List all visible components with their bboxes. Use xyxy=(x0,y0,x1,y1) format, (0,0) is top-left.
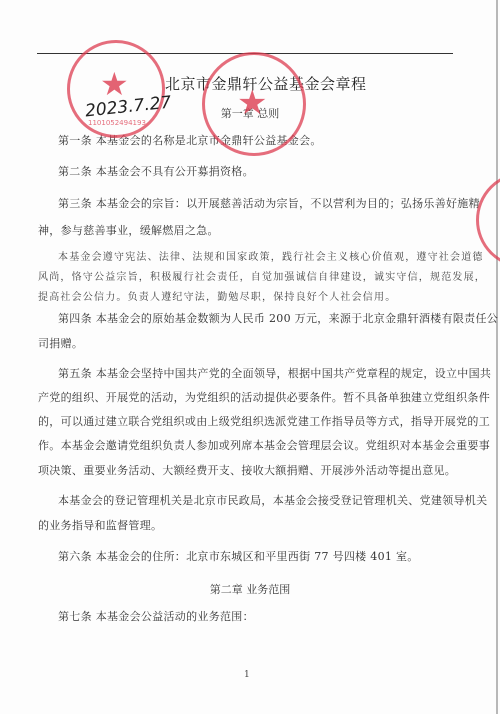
chapter-heading-1: 第一章 总则 xyxy=(0,105,500,121)
article-5-line-2: 产党的组织、开展党的活动，为党组织的活动提供必要条件。暂不具备单独建立党组织条件 xyxy=(38,389,490,405)
article-2: 第二条 本基金会不具有公开募捐资格。 xyxy=(58,163,254,179)
article-5-line-4: 作。本基金会邀请党组织负责人参加或列席本基金会管理层会议。党组织对本基金会重要事 xyxy=(38,437,490,453)
article-5-line-5: 项决策、重要业务活动、大额经费开支、接收大额捐赠、开展涉外活动等提出意见。 xyxy=(38,462,456,478)
chapter-heading-2: 第二章 业务范围 xyxy=(0,581,500,597)
article-4-line-2: 司捐赠。 xyxy=(38,335,83,351)
document-page: 北京市金鼎轩公益基金会章程 第一章 总则 第一条 本基金会的名称是北京市金鼎轩公… xyxy=(0,0,500,714)
article-1: 第一条 本基金会的名称是北京市金鼎轩公益基金会。 xyxy=(58,132,322,148)
article-6: 第六条 本基金会的住所：北京市东城区和平里西街 77 号四楼 401 室。 xyxy=(58,548,419,564)
article-3b-line-1: 本基金会遵守宪法、法律、法规和国家政策，践行社会主义核心价值观，遵守社会道德 xyxy=(58,248,484,263)
header-rule xyxy=(37,53,453,54)
article-3b-line-3: 提高社会公信力。负责人遵纪守法，勤勉尽职，保持良好个人社会信用。 xyxy=(38,288,396,303)
document-title: 北京市金鼎轩公益基金会章程 xyxy=(165,73,367,94)
page-number: 1 xyxy=(244,670,250,680)
article-3b-line-2: 风尚，恪守公益宗旨，积极履行社会责任，自觉加强诚信自律建设，诚实守信，规范发展， xyxy=(38,268,486,283)
article-5b-line-1: 本基金会的登记管理机关是北京市民政局，本基金会接受登记管理机关、党建领导机关 xyxy=(58,492,487,508)
article-3-line-1: 第三条 本基金会的宗旨：以开展慈善活动为宗旨，不以营利为目的；弘扬乐善好施精 xyxy=(58,195,480,211)
article-5-line-3: 的，可以通过建立联合党组织或由上级党组织选派党建工作指导员等方式，指导开展党的工 xyxy=(38,413,490,429)
article-5-line-1: 第五条 本基金会坚持中国共产党的全面领导，根据中国共产党章程的规定，设立中国共 xyxy=(58,365,491,381)
official-seal-management-center: ★ 1101052494193 xyxy=(67,40,165,138)
article-4-line-1: 第四条 本基金会的原始基金数额为人民币 200 万元，来源于北京金鼎轩酒楼有限责… xyxy=(58,310,498,326)
article-7: 第七条 本基金会公益活动的业务范围： xyxy=(58,608,254,624)
article-3-line-2: 神，参与慈善事业，缓解燃眉之急。 xyxy=(38,222,219,238)
article-5b-line-2: 的业务指导和监督管理。 xyxy=(38,517,162,533)
